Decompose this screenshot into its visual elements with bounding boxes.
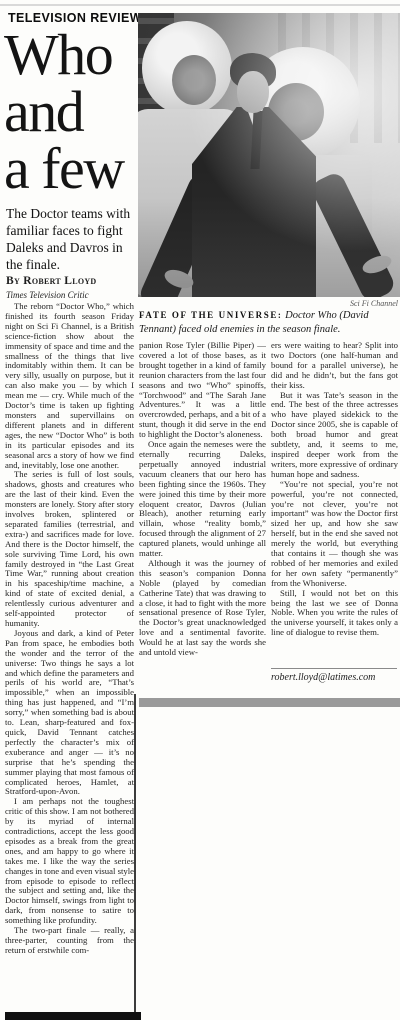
body-paragraph: But it was Tate’s season in the end. The…	[271, 391, 398, 480]
photo-caption: FATE OF THE UNIVERSE: Doctor Who (David …	[139, 309, 399, 336]
body-paragraph: Still, I would not bet on this being the…	[271, 589, 398, 639]
ad-divider-bar	[139, 698, 400, 707]
body-paragraph: I am perhaps not the toughest critic of …	[5, 797, 134, 926]
body-column-1: The reborn “Doctor Who,” which finished …	[5, 302, 134, 1011]
headline-line: a few	[4, 140, 136, 197]
article-photo	[138, 13, 400, 297]
headline: Who and a few	[4, 26, 136, 197]
body-paragraph: The series is full of lost souls, shadow…	[5, 470, 134, 629]
photo-credit: Sci Fi Channel	[240, 299, 398, 308]
body-paragraph: The reborn “Doctor Who,” which finished …	[5, 302, 134, 470]
body-paragraph: Once again the nemeses were the eternall…	[139, 440, 266, 559]
top-rule	[0, 4, 400, 6]
body-column-2: panion Rose Tyler (Billie Piper) — cover…	[139, 341, 266, 691]
body-column-3: ers were waiting to hear? Split into two…	[271, 341, 398, 663]
body-paragraph: ers were waiting to hear? Split into two…	[271, 341, 398, 391]
body-paragraph: Joyous and dark, a kind of Peter Pan fro…	[5, 629, 134, 797]
author-email-rule	[271, 668, 397, 669]
photo-fog-overlay	[138, 13, 400, 297]
body-paragraph: “You’re not special, you’re not powerful…	[271, 480, 398, 589]
byline-author: By Robert Lloyd	[6, 275, 97, 287]
body-paragraph: panion Rose Tyler (Billie Piper) — cover…	[139, 341, 266, 440]
author-email: robert.lloyd@latimes.com	[271, 672, 398, 683]
caption-label: FATE OF THE UNIVERSE:	[139, 310, 283, 320]
subhead: The Doctor teams with familiar faces to …	[6, 205, 136, 273]
body-paragraph: The two-part finale — really, a three-pa…	[5, 926, 134, 956]
headline-line: and	[4, 83, 136, 140]
next-item-bar	[5, 1012, 141, 1020]
headline-line: Who	[4, 26, 136, 83]
body-paragraph: Although it was the journey of this seas…	[139, 559, 266, 658]
column-cutoff-rule	[134, 694, 136, 1013]
newspaper-page: TELEVISION REVIEW Who and a few The Doct…	[0, 0, 400, 1020]
byline: By Robert Lloyd Times Television Critic	[6, 271, 136, 300]
byline-role: Times Television Critic	[6, 290, 136, 300]
